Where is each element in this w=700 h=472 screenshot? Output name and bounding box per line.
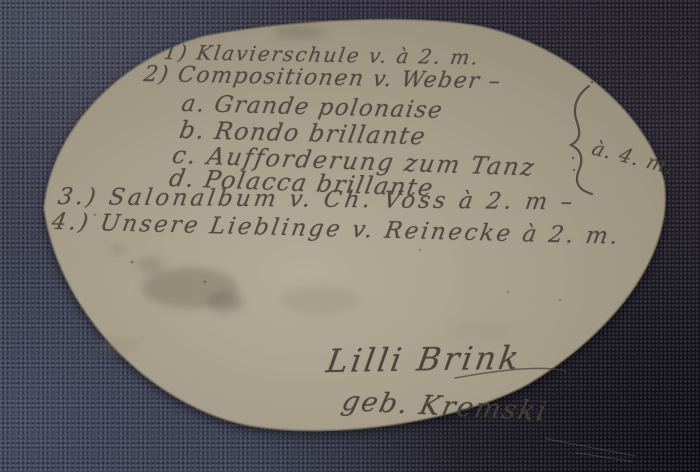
signature-name: Lilli Brink — [324, 339, 524, 381]
photo-scene: 1) Klavierschule v. à 2. m. 2) Compositi… — [0, 0, 700, 472]
